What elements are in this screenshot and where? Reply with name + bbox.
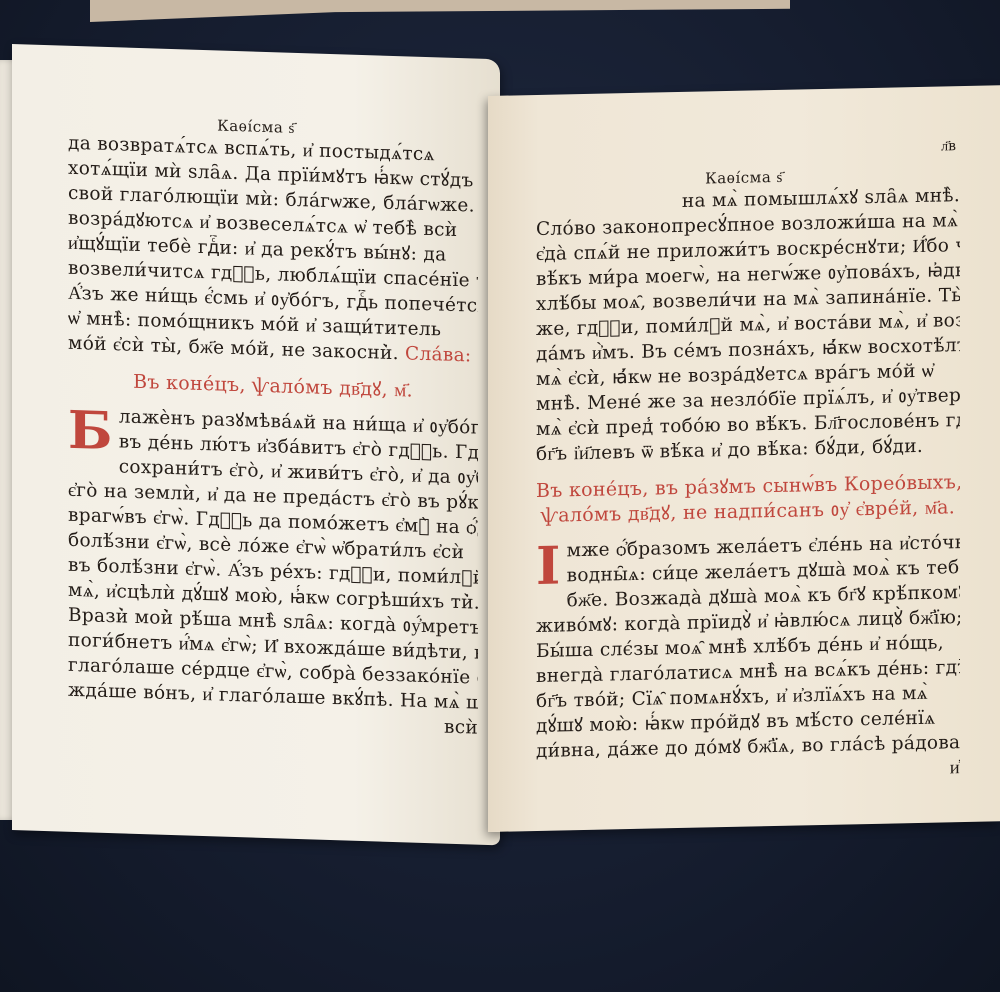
- left-page: Каѳі́сма ѕ҃ да возвратѧ́тсѧ вспѧ́ть, и҆ …: [12, 44, 500, 845]
- psalm-title-rubric: Въ коне́цъ, ѱало́мъ дв҃дꙋ, м҃.: [68, 368, 478, 406]
- right-page-text: на мѧ̀ помышлѧ́хꙋ ѕла̑ѧ мнѣ̀. Сло́во зак…: [488, 182, 1000, 790]
- folio-number: л҃в: [941, 138, 956, 155]
- drop-cap-initial: І: [536, 542, 561, 591]
- right-page: л҃в Каѳі́сма ѕ҃ на мѧ̀ помышлѧ́хꙋ ѕла̑ѧ …: [488, 85, 1000, 832]
- drop-cap-initial: Б: [68, 407, 113, 456]
- psalm-title-rubric: Въ коне́цъ, въ ра́зꙋмъ сынѡ́въ Корео́вых…: [536, 470, 960, 529]
- gloria-rubric: Сла́ва:: [405, 343, 471, 366]
- left-page-text: да возвратѧ́тсѧ вспѧ́ть, и҆ постыдѧ́тсѧ …: [12, 129, 500, 741]
